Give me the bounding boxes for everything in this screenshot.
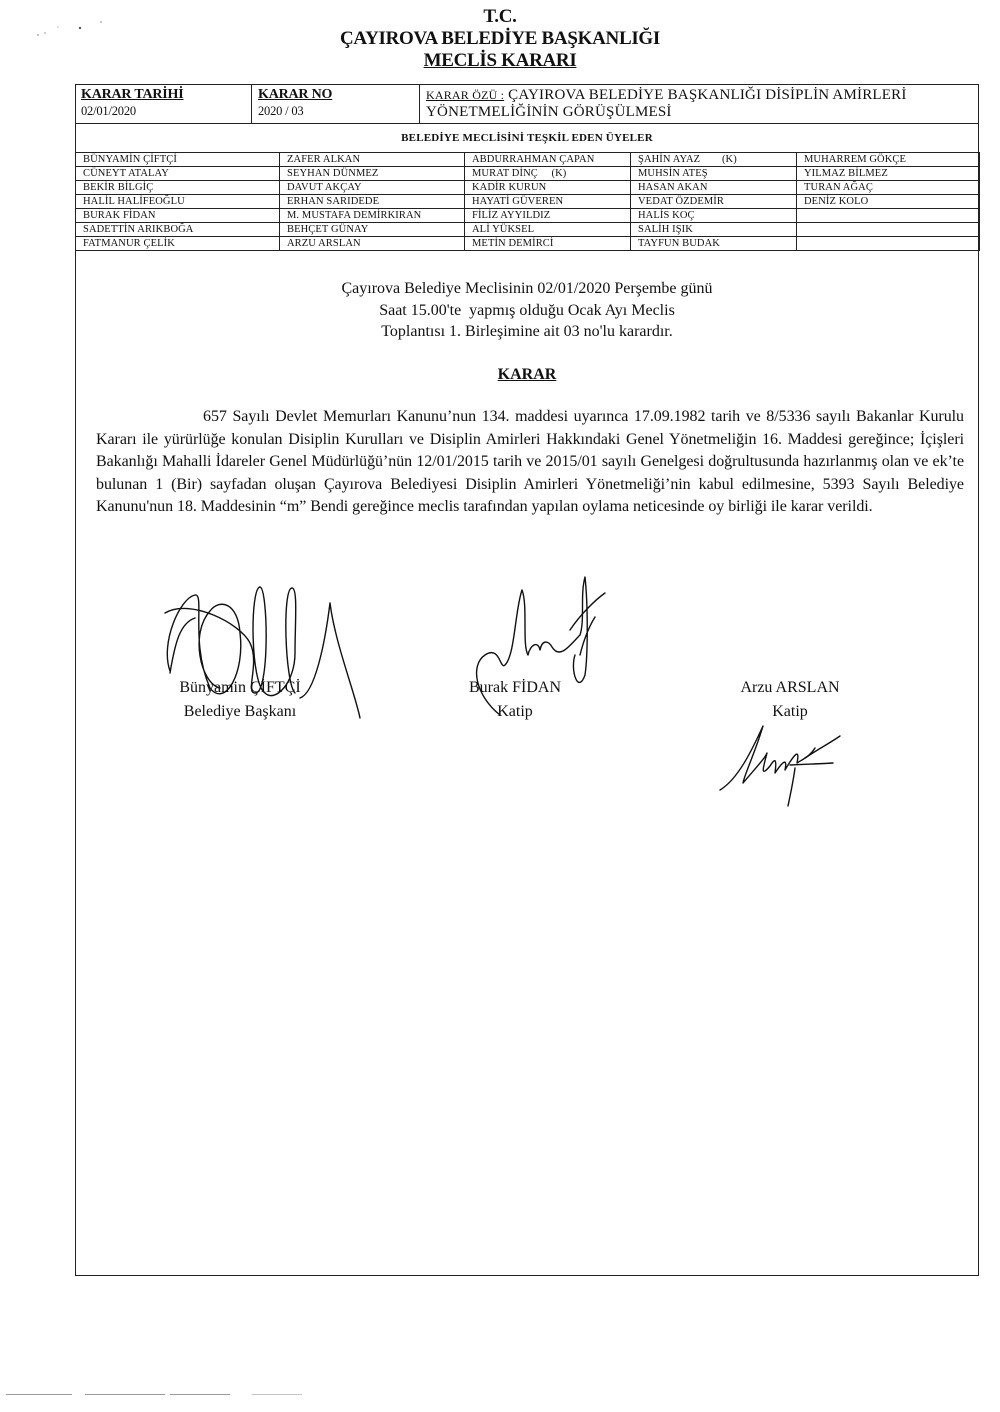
member-cell: FATMANUR ÇELİK bbox=[76, 237, 280, 251]
header-council-decision: MECLİS KARARI bbox=[0, 50, 1000, 72]
table-row: BEKİR BİLGİÇDAVUT AKÇAYKADİR KURUNHASAN … bbox=[76, 181, 980, 195]
scan-artifact bbox=[6, 1394, 72, 1395]
header-tc: T.C. bbox=[0, 6, 1000, 28]
member-cell: BÜNYAMİN ÇİFTÇİ bbox=[76, 153, 280, 167]
member-cell: VEDAT ÖZDEMİR bbox=[631, 195, 797, 209]
decision-date-label: KARAR TARİHİ bbox=[81, 87, 247, 103]
decision-date-value: 02/01/2020 bbox=[81, 103, 247, 119]
member-cell: MUHARREM GÖKÇE bbox=[797, 153, 980, 167]
decision-number-label: KARAR NO bbox=[258, 87, 415, 103]
decision-summary-line2: YÖNETMELİĞİNİN GÖRÜŞÜLMESİ bbox=[426, 104, 975, 121]
member-cell: KADİR KURUN bbox=[465, 181, 631, 195]
member-cell: HALİL HALİFEOĞLU bbox=[76, 195, 280, 209]
member-cell: TAYFUN BUDAK bbox=[631, 237, 797, 251]
scan-artifact bbox=[85, 1394, 165, 1395]
member-cell: BURAK FİDAN bbox=[76, 209, 280, 223]
member-cell bbox=[797, 223, 980, 237]
signature-block-clerk-1: Burak FİDAN Katip bbox=[430, 676, 600, 724]
header-municipality: ÇAYIROVA BELEDİYE BAŞKANLIĞI bbox=[0, 28, 1000, 50]
member-cell: HAYATİ GÜVEREN bbox=[465, 195, 631, 209]
member-cell: ARZU ARSLAN bbox=[280, 237, 465, 251]
member-cell: SALİH IŞIK bbox=[631, 223, 797, 237]
member-cell: BEKİR BİLGİÇ bbox=[76, 181, 280, 195]
decision-number-value: 2020 / 03 bbox=[258, 103, 415, 119]
member-cell bbox=[797, 209, 980, 223]
clerk1-title: Katip bbox=[430, 700, 600, 724]
table-row: SADETTİN ARIKBOĞABEHÇET GÜNAYALİ YÜKSELS… bbox=[76, 223, 980, 237]
members-title: BELEDİYE MECLİSİNİ TEŞKİL EDEN ÜYELER bbox=[75, 126, 979, 150]
member-cell: DAVUT AKÇAY bbox=[280, 181, 465, 195]
member-cell: BEHÇET GÜNAY bbox=[280, 223, 465, 237]
member-cell: HALİS KOÇ bbox=[631, 209, 797, 223]
member-cell: ZAFER ALKAN bbox=[280, 153, 465, 167]
member-cell: SEYHAN DÜNMEZ bbox=[280, 167, 465, 181]
member-cell: YILMAZ BİLMEZ bbox=[797, 167, 980, 181]
member-cell bbox=[797, 237, 980, 251]
decision-date-cell: KARAR TARİHİ 02/01/2020 bbox=[75, 84, 252, 124]
table-row: BURAK FİDANM. MUSTAFA DEMİRKIRANFİLİZ AY… bbox=[76, 209, 980, 223]
decision-summary-cell: KARAR ÖZÜ : ÇAYIROVA BELEDİYE BAŞKANLIĞI… bbox=[420, 84, 979, 124]
decision-heading: KARAR bbox=[75, 366, 979, 384]
intro-line-3: Toplantısı 1. Birleşimine ait 03 no'lu k… bbox=[75, 321, 979, 343]
intro-line-1: Çayırova Belediye Meclisinin 02/01/2020 … bbox=[75, 278, 979, 300]
scan-artifact bbox=[170, 1394, 230, 1395]
decision-info-row: KARAR TARİHİ 02/01/2020 KARAR NO 2020 / … bbox=[75, 84, 979, 124]
signature-block-clerk-2: Arzu ARSLAN Katip bbox=[700, 676, 880, 724]
decision-summary-label: KARAR ÖZÜ : bbox=[426, 88, 504, 102]
clerk2-name: Arzu ARSLAN bbox=[700, 676, 880, 700]
member-cell: ŞAHİN AYAZ (K) bbox=[631, 153, 797, 167]
member-cell: FİLİZ AYYILDIZ bbox=[465, 209, 631, 223]
member-cell: MUHSİN ATEŞ bbox=[631, 167, 797, 181]
clerk1-name: Burak FİDAN bbox=[430, 676, 600, 700]
mayor-name: Bünyamin ÇİFTÇİ bbox=[140, 676, 340, 700]
member-cell: ABDURRAHMAN ÇAPAN bbox=[465, 153, 631, 167]
signature-block-mayor: Bünyamin ÇİFTÇİ Belediye Başkanı bbox=[140, 676, 340, 724]
member-cell: ALİ YÜKSEL bbox=[465, 223, 631, 237]
document-header: T.C. ÇAYIROVA BELEDİYE BAŞKANLIĞI MECLİS… bbox=[0, 6, 1000, 72]
member-cell: ERHAN SARIDEDE bbox=[280, 195, 465, 209]
mayor-title: Belediye Başkanı bbox=[140, 700, 340, 724]
scan-artifact bbox=[252, 1394, 302, 1395]
table-row: FATMANUR ÇELİKARZU ARSLANMETİN DEMİRCİTA… bbox=[76, 237, 980, 251]
decision-summary-line1: ÇAYIROVA BELEDİYE BAŞKANLIĞI DİSİPLİN AM… bbox=[508, 87, 906, 103]
member-cell: DENİZ KOLO bbox=[797, 195, 980, 209]
members-table: BÜNYAMİN ÇİFTÇİZAFER ALKANABDURRAHMAN ÇA… bbox=[75, 152, 980, 251]
member-cell: M. MUSTAFA DEMİRKIRAN bbox=[280, 209, 465, 223]
table-row: CÜNEYT ATALAYSEYHAN DÜNMEZMURAT DİNÇ (K)… bbox=[76, 167, 980, 181]
decision-body-text: 657 Sayılı Devlet Memurları Kanunu’nun 1… bbox=[96, 408, 964, 515]
decision-number-cell: KARAR NO 2020 / 03 bbox=[252, 84, 420, 124]
member-cell: SADETTİN ARIKBOĞA bbox=[76, 223, 280, 237]
session-intro: Çayırova Belediye Meclisinin 02/01/2020 … bbox=[75, 278, 979, 343]
member-cell: METİN DEMİRCİ bbox=[465, 237, 631, 251]
member-cell: TURAN AĞAÇ bbox=[797, 181, 980, 195]
clerk2-signature-icon bbox=[715, 718, 845, 808]
table-row: BÜNYAMİN ÇİFTÇİZAFER ALKANABDURRAHMAN ÇA… bbox=[76, 153, 980, 167]
member-cell: CÜNEYT ATALAY bbox=[76, 167, 280, 181]
table-row: HALİL HALİFEOĞLUERHAN SARIDEDEHAYATİ GÜV… bbox=[76, 195, 980, 209]
intro-line-2: Saat 15.00'te yapmış olduğu Ocak Ayı Mec… bbox=[75, 300, 979, 322]
member-cell: HASAN AKAN bbox=[631, 181, 797, 195]
decision-body: 657 Sayılı Devlet Memurları Kanunu’nun 1… bbox=[96, 406, 964, 519]
member-cell: MURAT DİNÇ (K) bbox=[465, 167, 631, 181]
